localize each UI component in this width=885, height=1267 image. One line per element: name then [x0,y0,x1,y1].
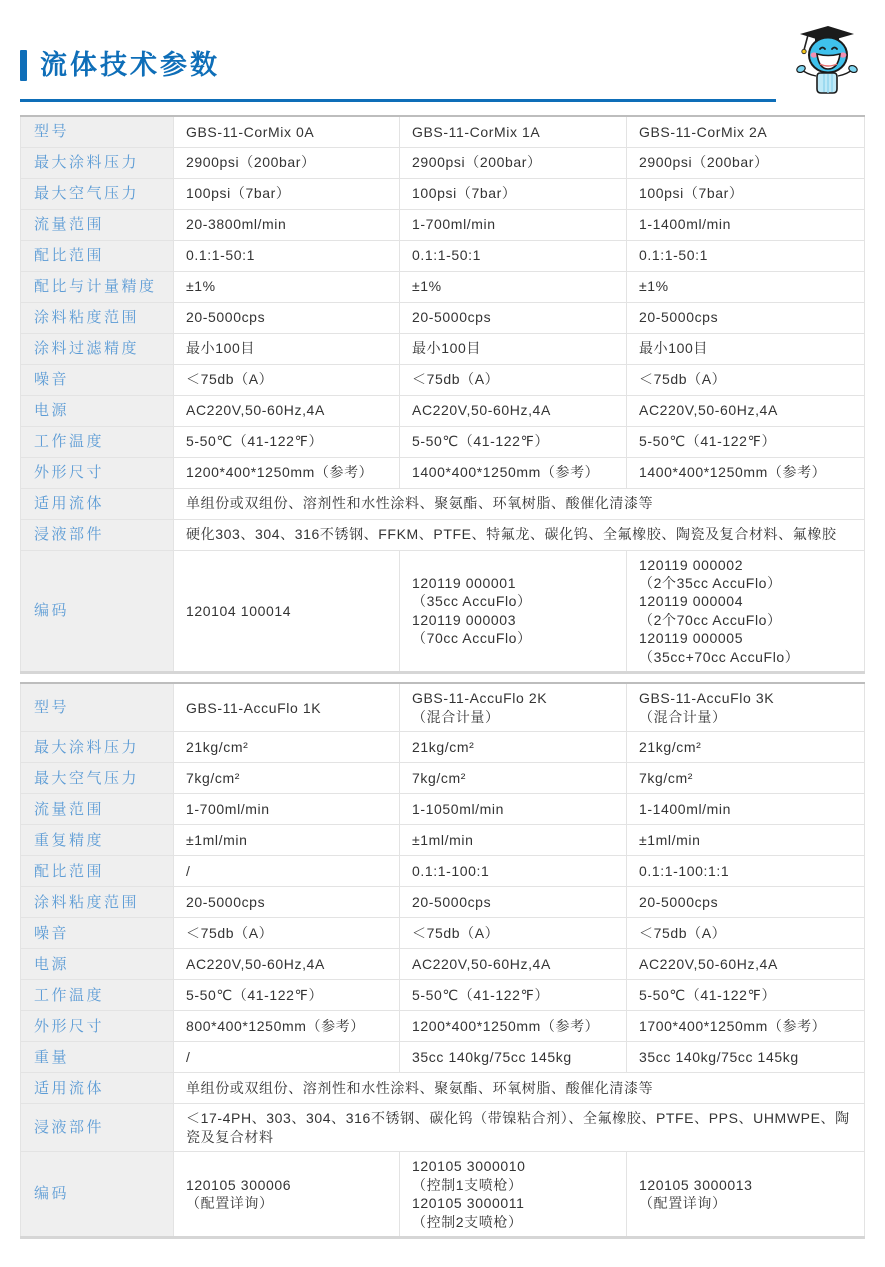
spec-value-cell: 1200*400*1250mm（参考） [174,457,400,488]
spec-value-cell: ＜75db（A） [627,364,865,395]
spec-value-cell: / [174,856,400,887]
spec-label-cell: 涂料粘度范围 [21,887,174,918]
spec-value-cell: 21kg/cm² [627,732,865,763]
spec-value-cell: 0.1:1-50:1 [174,240,400,271]
table-row: 外形尺寸1200*400*1250mm（参考）1400*400*1250mm（参… [21,457,865,488]
spec-label-cell: 噪音 [21,918,174,949]
spec-table-accuflo: 型号GBS-11-AccuFlo 1KGBS-11-AccuFlo 2K （混合… [20,682,865,1239]
spec-label-cell: 最大涂料压力 [21,147,174,178]
spec-value-cell: GBS-11-CorMix 0A [174,116,400,147]
spec-value-cell: ±1ml/min [174,825,400,856]
spec-value-cell: 最小100目 [400,333,627,364]
spec-label-cell: 浸液部件 [21,1104,174,1152]
spec-value-cell: ±1% [627,271,865,302]
page-header: 流体技术参数 [20,36,865,102]
spec-value-cell: 120119 000001 （35cc AccuFlo） 120119 0000… [400,550,627,673]
spec-label-cell: 最大空气压力 [21,178,174,209]
spec-value-cell: 21kg/cm² [400,732,627,763]
spec-value-cell: 0.1:1-100:1 [400,856,627,887]
table-row: 工作温度5-50℃（41-122℉）5-50℃（41-122℉）5-50℃（41… [21,980,865,1011]
spec-value-cell: 1200*400*1250mm（参考） [400,1011,627,1042]
spec-value-cell: 1-1050ml/min [400,794,627,825]
spec-label-cell: 型号 [21,683,174,731]
spec-value-cell: 20-5000cps [400,302,627,333]
title-underline [20,99,776,102]
spec-value-cell: GBS-11-CorMix 1A [400,116,627,147]
spec-label-cell: 编码 [21,550,174,673]
spec-value-cell: 1-1400ml/min [627,794,865,825]
spec-label-cell: 流量范围 [21,794,174,825]
spec-value-cell: ＜17-4PH、303、304、316不锈钢、碳化钨（带镍粘合剂）、全氟橡胶、P… [174,1104,865,1152]
spec-value-cell: 2900psi（200bar） [400,147,627,178]
graduate-mascot-icon [792,22,862,96]
spec-value-cell: 35cc 140kg/75cc 145kg [627,1042,865,1073]
table-row: 涂料过滤精度最小100目最小100目最小100目 [21,333,865,364]
spec-label-cell: 配比范围 [21,240,174,271]
spec-value-cell: 120105 3000010 （控制1支喷枪） 120105 3000011 （… [400,1152,627,1238]
spec-value-cell: 5-50℃（41-122℉） [174,426,400,457]
spec-value-cell: 单组份或双组份、溶剂性和水性涂料、聚氨酯、环氧树脂、酸催化清漆等 [174,1073,865,1104]
spec-label-cell: 电源 [21,395,174,426]
spec-value-cell: GBS-11-AccuFlo 3K （混合计量） [627,683,865,731]
spec-value-cell: ＜75db（A） [627,918,865,949]
spec-label-cell: 外形尺寸 [21,1011,174,1042]
spec-label-cell: 流量范围 [21,209,174,240]
title-row: 流体技术参数 [20,36,865,94]
spec-value-cell: 0.1:1-100:1:1 [627,856,865,887]
spec-value-cell: 0.1:1-50:1 [400,240,627,271]
spec-value-cell: 800*400*1250mm（参考） [174,1011,400,1042]
table-row: 工作温度5-50℃（41-122℉）5-50℃（41-122℉）5-50℃（41… [21,426,865,457]
title-accent-bar [20,50,27,81]
spec-value-cell: GBS-11-AccuFlo 2K （混合计量） [400,683,627,731]
spec-value-cell: 2900psi（200bar） [174,147,400,178]
table-row: 流量范围1-700ml/min1-1050ml/min1-1400ml/min [21,794,865,825]
spec-value-cell: 5-50℃（41-122℉） [174,980,400,1011]
spec-value-cell: ±1% [400,271,627,302]
spec-value-cell: GBS-11-AccuFlo 1K [174,683,400,731]
spec-sheet-page: 流体技术参数 [0,0,885,1267]
spec-label-cell: 适用流体 [21,488,174,519]
spec-value-cell: ＜75db（A） [174,918,400,949]
spec-value-cell: 20-5000cps [174,887,400,918]
table-row: 外形尺寸800*400*1250mm（参考）1200*400*1250mm（参考… [21,1011,865,1042]
spec-value-cell: 单组份或双组份、溶剂性和水性涂料、聚氨酯、环氧树脂、酸催化清漆等 [174,488,865,519]
table-row: 适用流体单组份或双组份、溶剂性和水性涂料、聚氨酯、环氧树脂、酸催化清漆等 [21,488,865,519]
spec-value-cell: 120119 000002 （2个35cc AccuFlo） 120119 00… [627,550,865,673]
spec-value-cell: AC220V,50-60Hz,4A [400,395,627,426]
spec-value-cell: 1-700ml/min [400,209,627,240]
spec-value-cell: AC220V,50-60Hz,4A [400,949,627,980]
spec-value-cell: ＜75db（A） [400,364,627,395]
spec-label-cell: 外形尺寸 [21,457,174,488]
spec-label-cell: 浸液部件 [21,519,174,550]
table-row: 配比与计量精度±1%±1%±1% [21,271,865,302]
spec-value-cell: ＜75db（A） [174,364,400,395]
spec-label-cell: 工作温度 [21,980,174,1011]
spec-value-cell: AC220V,50-60Hz,4A [627,395,865,426]
spec-value-cell: 2900psi（200bar） [627,147,865,178]
spec-value-cell: 最小100目 [627,333,865,364]
table-row: 浸液部件硬化303、304、316不锈钢、FFKM、PTFE、特氟龙、碳化钨、全… [21,519,865,550]
spec-label-cell: 适用流体 [21,1073,174,1104]
spec-tables: 型号GBS-11-CorMix 0AGBS-11-CorMix 1AGBS-11… [20,115,865,1239]
spec-value-cell: 20-5000cps [174,302,400,333]
spec-label-cell: 噪音 [21,364,174,395]
table-row: 流量范围20-3800ml/min1-700ml/min1-1400ml/min [21,209,865,240]
table-row: 噪音＜75db（A）＜75db（A）＜75db（A） [21,918,865,949]
table-row: 配比范围/0.1:1-100:10.1:1-100:1:1 [21,856,865,887]
spec-value-cell: 20-5000cps [400,887,627,918]
table-row: 型号GBS-11-AccuFlo 1KGBS-11-AccuFlo 2K （混合… [21,683,865,731]
table-row: 最大空气压力7kg/cm²7kg/cm²7kg/cm² [21,763,865,794]
table-row: 型号GBS-11-CorMix 0AGBS-11-CorMix 1AGBS-11… [21,116,865,147]
table-row: 配比范围0.1:1-50:10.1:1-50:10.1:1-50:1 [21,240,865,271]
spec-value-cell: 1700*400*1250mm（参考） [627,1011,865,1042]
spec-value-cell: 7kg/cm² [627,763,865,794]
spec-value-cell: AC220V,50-60Hz,4A [627,949,865,980]
spec-value-cell: 1-1400ml/min [627,209,865,240]
table-row: 涂料粘度范围20-5000cps20-5000cps20-5000cps [21,887,865,918]
spec-value-cell: 最小100目 [174,333,400,364]
table-row: 重复精度±1ml/min±1ml/min±1ml/min [21,825,865,856]
spec-label-cell: 电源 [21,949,174,980]
spec-value-cell: 1-700ml/min [174,794,400,825]
table-row: 重量/35cc 140kg/75cc 145kg35cc 140kg/75cc … [21,1042,865,1073]
spec-value-cell: AC220V,50-60Hz,4A [174,949,400,980]
spec-value-cell: ±1ml/min [627,825,865,856]
spec-label-cell: 涂料粘度范围 [21,302,174,333]
spec-label-cell: 配比范围 [21,856,174,887]
page-title: 流体技术参数 [40,52,220,79]
spec-value-cell: 0.1:1-50:1 [627,240,865,271]
spec-value-cell: 35cc 140kg/75cc 145kg [400,1042,627,1073]
table-row: 浸液部件＜17-4PH、303、304、316不锈钢、碳化钨（带镍粘合剂）、全氟… [21,1104,865,1152]
table-row: 编码120105 300006 （配置详询）120105 3000010 （控制… [21,1152,865,1238]
spec-label-cell: 最大空气压力 [21,763,174,794]
spec-value-cell: 120104 100014 [174,550,400,673]
spec-value-cell: 21kg/cm² [174,732,400,763]
table-row: 涂料粘度范围20-5000cps20-5000cps20-5000cps [21,302,865,333]
table-row: 最大涂料压力21kg/cm²21kg/cm²21kg/cm² [21,732,865,763]
table-row: 最大空气压力100psi（7bar）100psi（7bar）100psi（7ba… [21,178,865,209]
spec-label-cell: 重量 [21,1042,174,1073]
spec-label-cell: 重复精度 [21,825,174,856]
spec-value-cell: 1400*400*1250mm（参考） [400,457,627,488]
spec-value-cell: 7kg/cm² [174,763,400,794]
spec-label-cell: 工作温度 [21,426,174,457]
spec-value-cell: GBS-11-CorMix 2A [627,116,865,147]
spec-value-cell: / [174,1042,400,1073]
spec-value-cell: 100psi（7bar） [174,178,400,209]
spec-value-cell: ±1ml/min [400,825,627,856]
spec-value-cell: 100psi（7bar） [400,178,627,209]
table-row: 编码120104 100014120119 000001 （35cc AccuF… [21,550,865,673]
spec-value-cell: 120105 300006 （配置详询） [174,1152,400,1238]
spec-value-cell: ±1% [174,271,400,302]
spec-label-cell: 配比与计量精度 [21,271,174,302]
spec-value-cell: 5-50℃（41-122℉） [400,426,627,457]
spec-label-cell: 型号 [21,116,174,147]
spec-value-cell: 20-3800ml/min [174,209,400,240]
spec-value-cell: 硬化303、304、316不锈钢、FFKM、PTFE、特氟龙、碳化钨、全氟橡胶、… [174,519,865,550]
spec-value-cell: AC220V,50-60Hz,4A [174,395,400,426]
spec-value-cell: 100psi（7bar） [627,178,865,209]
spec-value-cell: 1400*400*1250mm（参考） [627,457,865,488]
spec-table-cormix: 型号GBS-11-CorMix 0AGBS-11-CorMix 1AGBS-11… [20,115,865,674]
spec-value-cell: 7kg/cm² [400,763,627,794]
spec-value-cell: ＜75db（A） [400,918,627,949]
table-row: 电源AC220V,50-60Hz,4AAC220V,50-60Hz,4AAC22… [21,395,865,426]
spec-value-cell: 20-5000cps [627,302,865,333]
spec-label-cell: 涂料过滤精度 [21,333,174,364]
table-row: 适用流体单组份或双组份、溶剂性和水性涂料、聚氨酯、环氧树脂、酸催化清漆等 [21,1073,865,1104]
table-row: 噪音＜75db（A）＜75db（A）＜75db（A） [21,364,865,395]
spec-value-cell: 5-50℃（41-122℉） [627,426,865,457]
spec-value-cell: 20-5000cps [627,887,865,918]
table-row: 最大涂料压力2900psi（200bar）2900psi（200bar）2900… [21,147,865,178]
spec-value-cell: 5-50℃（41-122℉） [627,980,865,1011]
spec-label-cell: 最大涂料压力 [21,732,174,763]
spec-value-cell: 120105 3000013 （配置详询） [627,1152,865,1238]
spec-value-cell: 5-50℃（41-122℉） [400,980,627,1011]
spec-label-cell: 编码 [21,1152,174,1238]
table-row: 电源AC220V,50-60Hz,4AAC220V,50-60Hz,4AAC22… [21,949,865,980]
